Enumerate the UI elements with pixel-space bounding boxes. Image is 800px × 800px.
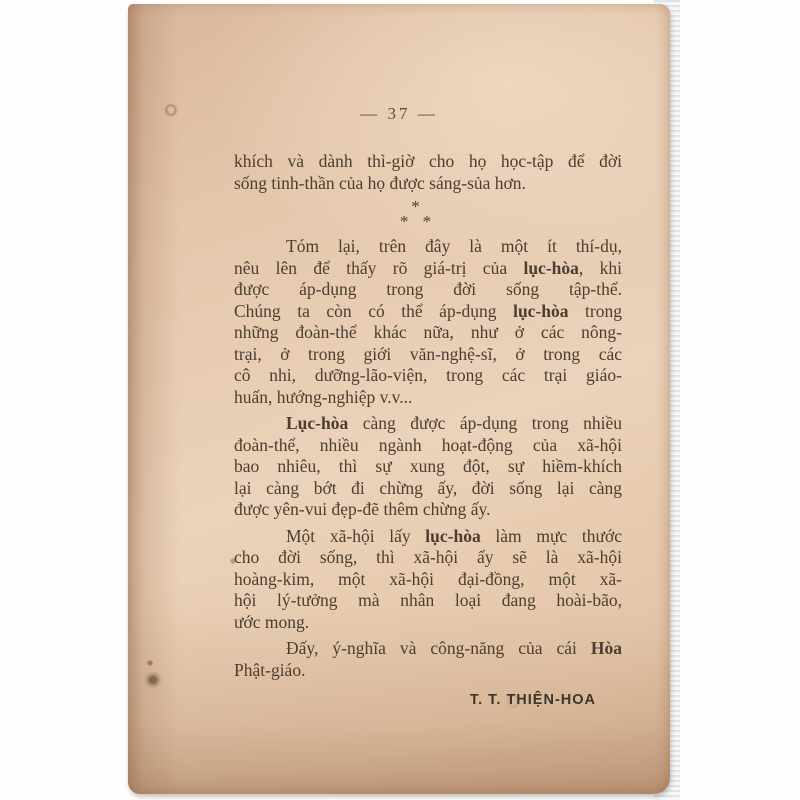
- text-segment: những đoàn-thể khác nữa, như ở các nông-: [234, 322, 622, 342]
- text-segment: càng được áp-dụng trong nhiều: [348, 413, 622, 433]
- text-line: lại càng bớt đi chừng ấy, đời sống lại c…: [234, 478, 622, 500]
- emphasized-term: lục-hòa: [425, 526, 480, 546]
- text-segment: cho đời sống, thì xã-hội ấy sẽ là xã-hội: [234, 547, 622, 567]
- paragraph: Một xã-hội lấy lục-hòa làm mực thướccho …: [234, 526, 622, 634]
- text-segment: , khi: [579, 258, 622, 278]
- text-segment: Một xã-hội lấy: [286, 526, 425, 546]
- text-segment: khích và dành thì-giờ cho họ học-tập để …: [234, 151, 622, 171]
- paragraph: khích và dành thì-giờ cho họ học-tập để …: [234, 151, 622, 194]
- text-segment: hội lý-tưởng mà nhân loại đang hoài-bão,: [234, 590, 622, 610]
- text-line: Phật-giáo.: [234, 660, 622, 682]
- text-segment: lại càng bớt đi chừng ấy, đời sống lại c…: [234, 478, 622, 498]
- text-line: Lục-hòa càng được áp-dụng trong nhiều: [234, 413, 622, 435]
- text-segment: sống tinh-thần của họ được sáng-sủa hơn.: [234, 173, 526, 193]
- text-line: Đấy, ý-nghĩa và công-năng của cái Hòa: [234, 638, 622, 660]
- text-line: nêu lên để thấy rõ giá-trị của lục-hòa, …: [234, 258, 622, 280]
- paragraphs-before-separator: khích và dành thì-giờ cho họ học-tập để …: [234, 151, 622, 194]
- text-line: những đoàn-thể khác nữa, như ở các nông-: [234, 322, 622, 344]
- text-segment: Phật-giáo.: [234, 660, 305, 680]
- text-segment: Đấy, ý-nghĩa và công-năng của cái: [286, 638, 591, 658]
- text-line: Một xã-hội lấy lục-hòa làm mực thước: [234, 526, 622, 548]
- text-line: cô nhi, dưỡng-lão-viện, trong các trại g…: [234, 365, 622, 387]
- text-line: sống tinh-thần của họ được sáng-sủa hơn.: [234, 173, 622, 195]
- text-line: được yên-vui đẹp-đẽ thêm chừng ấy.: [234, 499, 622, 521]
- text-line: khích và dành thì-giờ cho họ học-tập để …: [234, 151, 622, 173]
- asterism-bottom: * *: [234, 214, 602, 229]
- text-line: được áp-dụng trong đời sống tập-thể.: [234, 279, 622, 301]
- text-segment: Chúng ta còn có thể áp-dụng: [234, 301, 513, 321]
- text-segment: làm mực thước: [481, 526, 622, 546]
- scanned-page: — 37 — khích và dành thì-giờ cho họ học-…: [128, 4, 670, 794]
- text-line: đoàn-thể, nhiều ngành hoạt-động của xã-h…: [234, 435, 622, 457]
- text-line: Tóm lại, trên đây là một ít thí-dụ,: [234, 236, 622, 258]
- text-segment: nêu lên để thấy rõ giá-trị của: [234, 258, 523, 278]
- asterism-separator: * * *: [234, 199, 602, 229]
- paragraph: Đấy, ý-nghĩa và công-năng của cái HòaPhậ…: [234, 638, 622, 681]
- paragraph: Lục-hòa càng được áp-dụng trong nhiềuđoà…: [234, 413, 622, 521]
- text-line: bao nhiêu, thì sự xung đột, sự hiềm-khíc…: [234, 456, 622, 478]
- text-segment: cô nhi, dưỡng-lão-viện, trong các trại g…: [234, 365, 622, 385]
- page-number: — 37 —: [128, 4, 670, 124]
- text-segment: ước mong.: [234, 612, 309, 632]
- text-segment: Tóm lại, trên đây là một ít thí-dụ,: [286, 236, 622, 256]
- emphasized-term: Lục-hòa: [286, 413, 348, 433]
- text-segment: đoàn-thể, nhiều ngành hoạt-động của xã-h…: [234, 435, 622, 455]
- text-line: hội lý-tưởng mà nhân loại đang hoài-bão,: [234, 590, 622, 612]
- emphasized-term: Hòa: [591, 638, 622, 658]
- text-line: Chúng ta còn có thể áp-dụng lục-hòa tron…: [234, 301, 622, 323]
- text-line: hoàng-kim, một xã-hội đại-đồng, một xã-: [234, 569, 622, 591]
- page-body: khích và dành thì-giờ cho họ học-tập để …: [234, 151, 622, 712]
- text-segment: trại, ở trong giới văn-nghệ-sĩ, ở trong …: [234, 344, 622, 364]
- text-segment: được áp-dụng trong đời sống tập-thể.: [234, 279, 622, 299]
- text-line: cho đời sống, thì xã-hội ấy sẽ là xã-hội: [234, 547, 622, 569]
- author-signature: T. T. THIỆN-HOA: [234, 690, 622, 712]
- text-segment: được yên-vui đẹp-đẽ thêm chừng ấy.: [234, 499, 490, 519]
- photo-backdrop: — 37 — khích và dành thì-giờ cho họ học-…: [0, 0, 800, 800]
- text-segment: trong: [569, 301, 622, 321]
- text-line: ước mong.: [234, 612, 622, 634]
- text-line: huấn, hướng-nghiệp v.v...: [234, 387, 622, 409]
- text-segment: hoàng-kim, một xã-hội đại-đồng, một xã-: [234, 569, 622, 589]
- text-segment: bao nhiêu, thì sự xung đột, sự hiềm-khíc…: [234, 456, 622, 476]
- text-line: trại, ở trong giới văn-nghệ-sĩ, ở trong …: [234, 344, 622, 366]
- paragraphs-after-separator: Tóm lại, trên đây là một ít thí-dụ,nêu l…: [234, 236, 622, 681]
- emphasized-term: lục-hòa: [523, 258, 578, 278]
- paragraph: Tóm lại, trên đây là một ít thí-dụ,nêu l…: [234, 236, 622, 408]
- emphasized-term: lục-hòa: [513, 301, 568, 321]
- text-segment: huấn, hướng-nghiệp v.v...: [234, 387, 412, 407]
